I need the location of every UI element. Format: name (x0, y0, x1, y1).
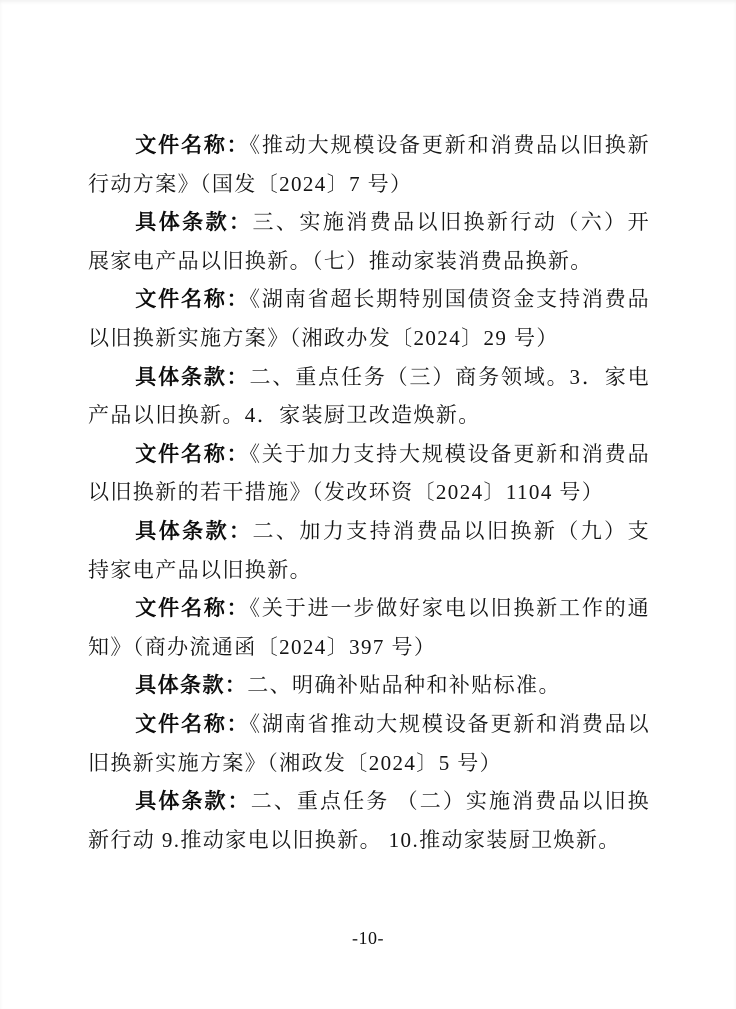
file-name-label: 文件名称： (135, 596, 249, 620)
file-name-label: 文件名称： (135, 712, 249, 736)
clause-paragraph: 具体条款：二、加力支持消费品以旧换新（九）支持家电产品以旧换新。 (88, 512, 650, 589)
file-name-paragraph: 文件名称：《关于进一步做好家电以旧换新工作的通知》（商办流通函〔2024〕397… (88, 589, 650, 666)
clause-paragraph: 具体条款：二、重点任务 （二）实施消费品以旧换新行动 9.推动家电以旧换新。 1… (88, 782, 650, 859)
page-number: -10- (0, 928, 736, 949)
file-name-paragraph: 文件名称：《关于加力支持大规模设备更新和消费品以旧换新的若干措施》（发改环资〔2… (88, 435, 650, 512)
clause-paragraph: 具体条款：二、重点任务（三）商务领域。3．家电产品以旧换新。4．家装厨卫改造焕新… (88, 358, 650, 435)
document-page: 文件名称：《推动大规模设备更新和消费品以旧换新行动方案》（国发〔2024〕7 号… (0, 0, 736, 1009)
clause-label: 具体条款： (135, 519, 252, 543)
clause-label: 具体条款： (135, 210, 252, 234)
document-body: 文件名称：《推动大规模设备更新和消费品以旧换新行动方案》（国发〔2024〕7 号… (88, 126, 650, 859)
file-name-paragraph: 文件名称：《湖南省超长期特别国债资金支持消费品以旧换新实施方案》（湘政办发〔20… (88, 280, 650, 357)
clause-paragraph: 具体条款：三、实施消费品以旧换新行动（六）开展家电产品以旧换新。（七）推动家装消… (88, 203, 650, 280)
file-name-label: 文件名称： (135, 442, 249, 466)
document-entry-5: 文件名称：《湖南省推动大规模设备更新和消费品以旧换新实施方案》（湘政发〔2024… (88, 705, 650, 859)
clause-label: 具体条款： (135, 673, 247, 697)
document-entry-4: 文件名称：《关于进一步做好家电以旧换新工作的通知》（商办流通函〔2024〕397… (88, 589, 650, 705)
file-name-label: 文件名称： (135, 133, 249, 157)
document-entry-2: 文件名称：《湖南省超长期特别国债资金支持消费品以旧换新实施方案》（湘政办发〔20… (88, 280, 650, 434)
file-name-paragraph: 文件名称：《湖南省推动大规模设备更新和消费品以旧换新实施方案》（湘政发〔2024… (88, 705, 650, 782)
file-name-paragraph: 文件名称：《推动大规模设备更新和消费品以旧换新行动方案》（国发〔2024〕7 号… (88, 126, 650, 203)
document-entry-3: 文件名称：《关于加力支持大规模设备更新和消费品以旧换新的若干措施》（发改环资〔2… (88, 435, 650, 589)
clause-paragraph: 具体条款：二、明确补贴品种和补贴标准。 (88, 666, 650, 705)
file-name-label: 文件名称： (135, 287, 249, 311)
clause-text: 二、明确补贴品种和补贴标准。 (247, 673, 561, 697)
clause-label: 具体条款： (135, 789, 250, 813)
clause-label: 具体条款： (135, 365, 249, 389)
document-entry-1: 文件名称：《推动大规模设备更新和消费品以旧换新行动方案》（国发〔2024〕7 号… (88, 126, 650, 280)
